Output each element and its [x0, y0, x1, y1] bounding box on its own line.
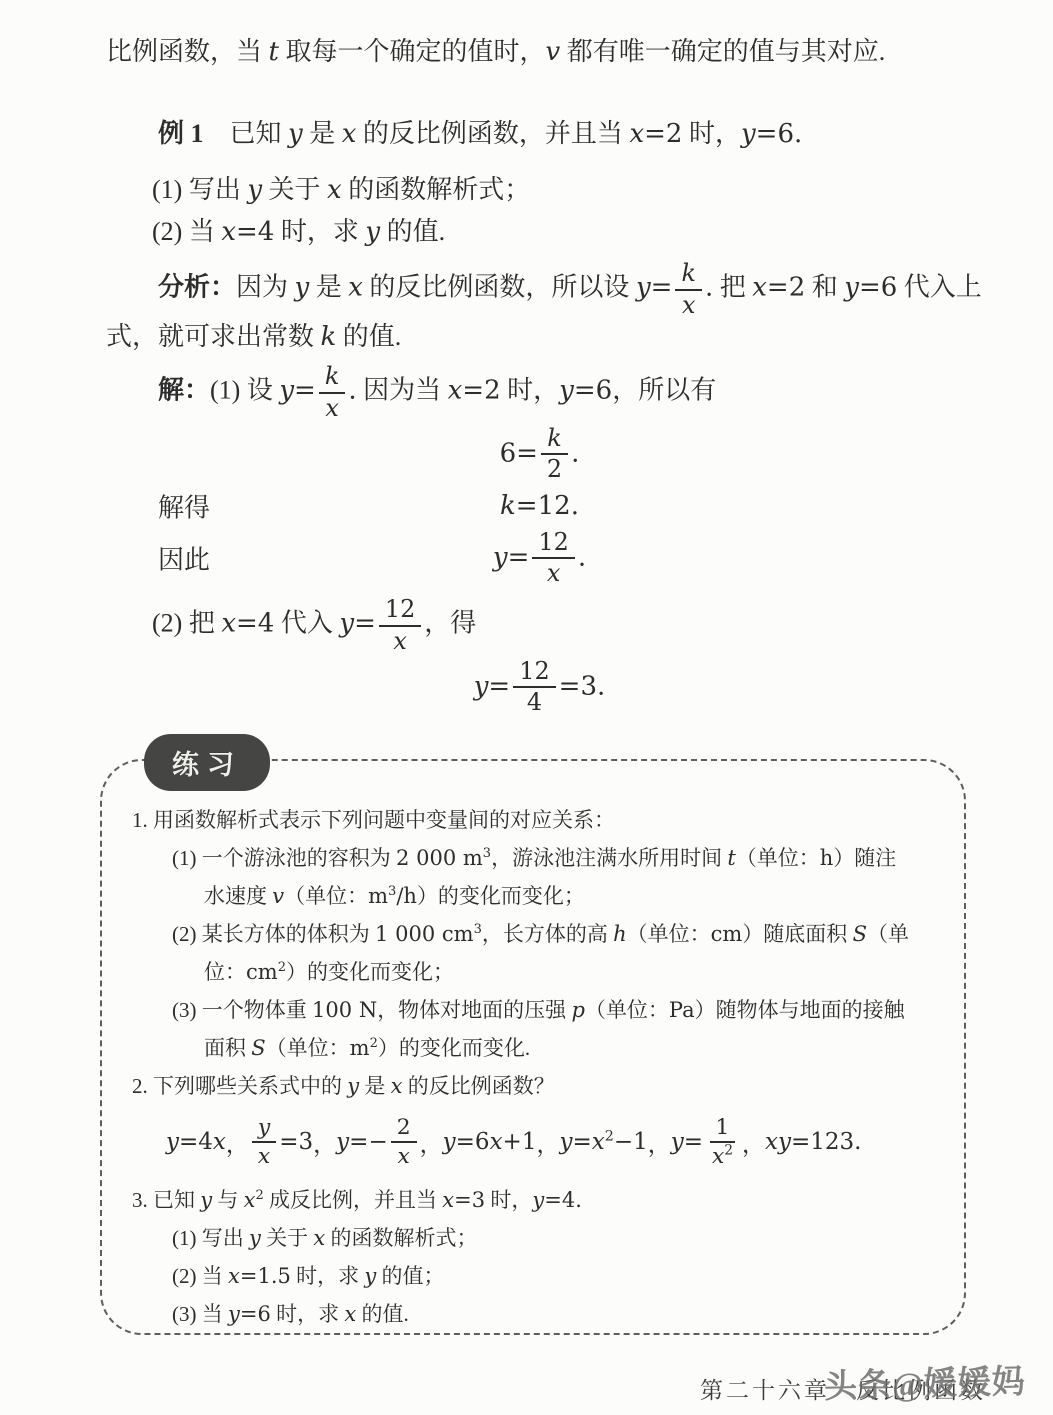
equation-y-12-4-row: y=124=3.	[106, 655, 973, 719]
footer-watermark: 头条@媛媛妈	[823, 1355, 1026, 1407]
example-part2-line: (2) 把 x=4 代入 y=12x，得	[106, 596, 973, 655]
exercise-q1-item2-line1: (2) 某长方体的体积为 1 000 cm3，长方体的高 h（单位：cm）随底面…	[132, 921, 936, 948]
example-question-1: (1) 写出 y 关于 x 的函数解析式；	[106, 172, 973, 208]
example-title-line: 例 1 已知 y 是 x 的反比例函数，并且当 x=2 时，y=6.	[106, 116, 973, 152]
exercise-q1-item3-line1: (3) 一个物体重 100 N，物体对地面的压强 p（单位：Pa）随物体与地面的…	[132, 997, 936, 1024]
equation-y-12-x: y=12x.	[493, 529, 586, 588]
equation-6-k-2: 6=k2.	[500, 425, 580, 484]
example-question-2: (2) 当 x=4 时，求 y 的值.	[106, 214, 973, 250]
page-content: 比例函数，当 t 取每一个确定的值时，v 都有唯一确定的值与其对应. 例 1 已…	[0, 0, 1053, 1415]
exercise-box: 练习 1. 用函数解析式表示下列问题中变量间的对应关系： (1) 一个游泳池的容…	[100, 759, 966, 1335]
equation-k-12: k=12.	[500, 491, 579, 521]
exercise-q2-header: 2. 下列哪些关系式中的 y 是 x 的反比例函数？	[132, 1073, 936, 1100]
intro-paragraph: 比例函数，当 t 取每一个确定的值时，v 都有唯一确定的值与其对应.	[106, 34, 973, 70]
exercise-q3-item2: (2) 当 x=1.5 时，求 y 的值；	[132, 1263, 936, 1290]
equation-y-12-4: y=124=3.	[474, 658, 606, 717]
exercise-q1-header: 1. 用函数解析式表示下列问题中变量间的对应关系：	[132, 807, 936, 834]
equation-6-k-2-row: 6=k2.	[106, 422, 973, 486]
textbook-page: 比例函数，当 t 取每一个确定的值时，v 都有唯一确定的值与其对应. 例 1 已…	[0, 0, 1053, 1415]
exercise-q3-item1: (1) 写出 y 关于 x 的函数解析式；	[132, 1225, 936, 1252]
analysis-line-2: 式，就可求出常数 k 的值.	[106, 319, 973, 355]
thus-label: 因此	[158, 540, 210, 577]
thus-row: 因此 y=12x.	[106, 526, 973, 590]
exercise-q2-formulas: y=4x，yx=3，y=−2x，y=6x+1，y=x2−1，y=1x2，xy=1…	[132, 1111, 936, 1173]
exercise-q3-header: 3. 已知 y 与 x2 成反比例，并且当 x=3 时，y=4.	[132, 1187, 936, 1214]
solution-line: 解：(1) 设 y=kx. 因为当 x=2 时，y=6，所以有	[106, 363, 973, 422]
exercise-q1-item1-line1: (1) 一个游泳池的容积为 2 000 m3，游泳池注满水所用时间 t（单位：h…	[132, 845, 936, 872]
exercise-q1-item3-line2: 面积 S（单位：m2）的变化而变化.	[132, 1035, 936, 1062]
solve-label: 解得	[158, 488, 210, 525]
exercise-q3-item3: (3) 当 y=6 时，求 x 的值.	[132, 1301, 936, 1328]
exercise-q1-item1-line2: 水速度 v（单位：m3/h）的变化而变化；	[132, 883, 936, 910]
analysis-line-1: 分析：因为 y 是 x 的反比例函数，所以设 y=kx. 把 x=2 和 y=6…	[106, 260, 973, 319]
solve-row: 解得 k=12.	[106, 486, 973, 526]
exercise-q1-item2-line2: 位：cm2）的变化而变化；	[132, 959, 936, 986]
exercise-badge: 练习	[144, 734, 270, 791]
